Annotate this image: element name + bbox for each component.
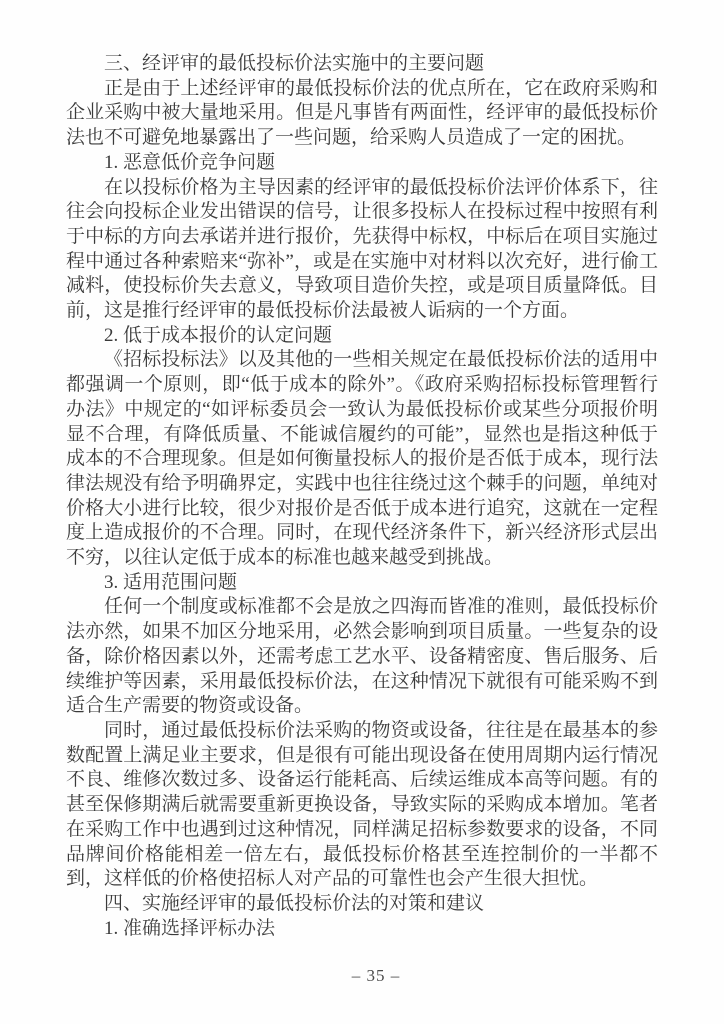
paragraph: 任何一个制度或标准都不会是放之四海而皆准的准则，最低投标价法亦然，如果不加区分地… — [66, 595, 658, 719]
subsection-heading-2: 2. 低于成本报价的认定问题 — [66, 324, 658, 349]
section-heading-4: 四、实施经评审的最低投标价法的对策和建议 — [66, 892, 658, 917]
subsection-heading-1: 1. 恶意低价竞争问题 — [66, 151, 658, 176]
paragraph: 《招标投标法》以及其他的一些相关规定在最低投标价法的适用中都强调一个原则，即“低… — [66, 348, 658, 570]
paragraph: 正是由于上述经评审的最低投标价法的优点所在，它在政府采购和企业采购中被大量地采用… — [66, 77, 658, 151]
document-body: 三、经评审的最低投标价法实施中的主要问题 正是由于上述经评审的最低投标价法的优点… — [66, 52, 658, 941]
subsection-heading-3: 3. 适用范围问题 — [66, 571, 658, 596]
section-heading-3: 三、经评审的最低投标价法实施中的主要问题 — [66, 52, 658, 77]
paragraph: 在以投标价格为主导因素的经评审的最低投标价法评价体系下，往往会向投标企业发出错误… — [66, 176, 658, 324]
paragraph: 同时，通过最低投标价法采购的物资或设备，往往是在最基本的参数配置上满足业主要求，… — [66, 719, 658, 892]
subsection-heading-4-1: 1. 准确选择评标办法 — [66, 917, 658, 942]
document-page: 三、经评审的最低投标价法实施中的主要问题 正是由于上述经评审的最低投标价法的优点… — [0, 0, 724, 1024]
page-number: – 35 – — [14, 966, 724, 986]
